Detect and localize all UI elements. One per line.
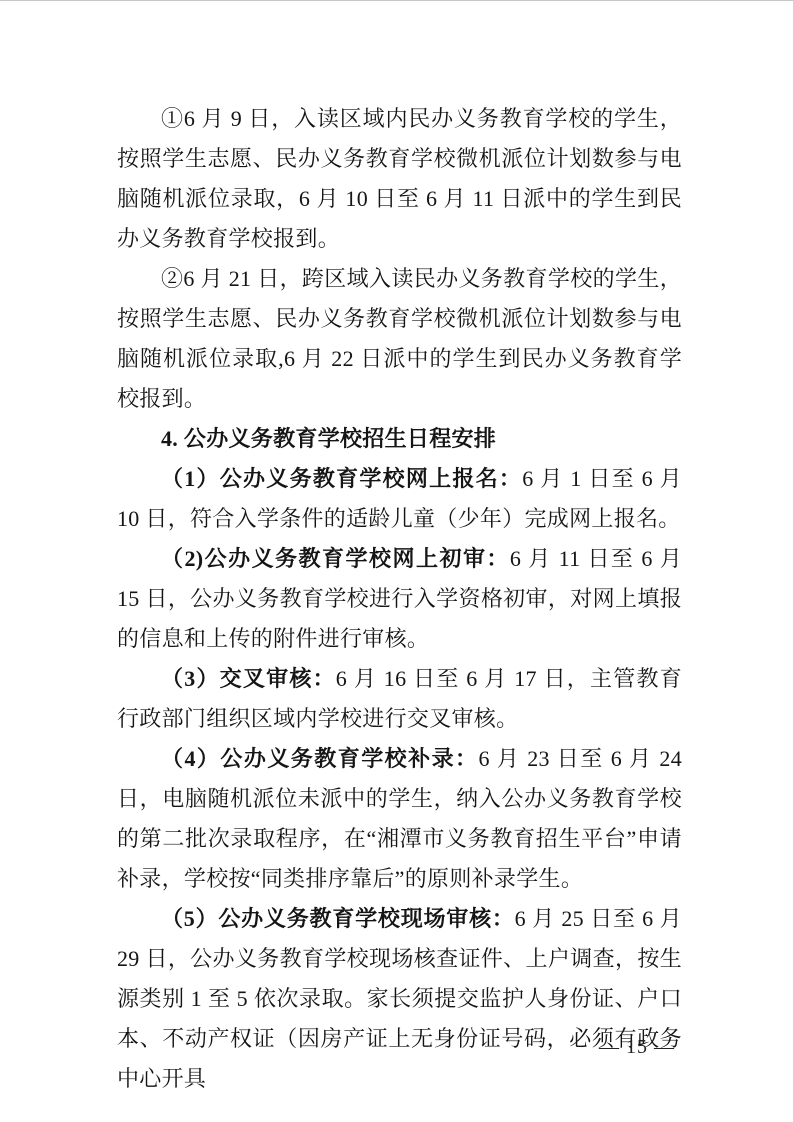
schedule-item-3-label: （3）交叉审核： (161, 666, 336, 691)
paragraph-private-school-item-1: ①6 月 9 日，入读区域内民办义务教育学校的学生，按照学生志愿、民办义务教育学… (117, 99, 682, 259)
schedule-item-1-label: （1）公办义务教育学校网上报名： (161, 466, 522, 491)
scan-artifact-line (0, 0, 793, 1)
page-number: — 15 — (599, 1035, 675, 1059)
section-heading-public-school-schedule: 4. 公办义务教育学校招生日程安排 (117, 419, 682, 459)
schedule-item-5-text: 6 月 25 日至 6 月 29 日，公办义务教育学校现场核查证件、上户调查，按… (117, 906, 682, 1091)
schedule-item-2-label: （2)公办义务教育学校网上初审： (161, 546, 510, 571)
schedule-item-2: （2)公办义务教育学校网上初审：6 月 11 日至 6 月 15 日，公办义务教… (117, 539, 682, 659)
schedule-item-5-label: （5）公办义务教育学校现场审核： (161, 906, 515, 931)
document-page: ①6 月 9 日，入读区域内民办义务教育学校的学生，按照学生志愿、民办义务教育学… (0, 0, 793, 1122)
schedule-item-4: （4）公办义务教育学校补录：6 月 23 日至 6 月 24 日，电脑随机派位未… (117, 739, 682, 899)
schedule-item-4-label: （4）公办义务教育学校补录： (161, 746, 479, 771)
schedule-item-1: （1）公办义务教育学校网上报名：6 月 1 日至 6 月 10 日，符合入学条件… (117, 459, 682, 539)
schedule-item-3: （3）交叉审核：6 月 16 日至 6 月 17 日，主管教育行政部门组织区域内… (117, 659, 682, 739)
text-block: ①6 月 9 日，入读区域内民办义务教育学校的学生，按照学生志愿、民办义务教育学… (117, 99, 682, 1099)
schedule-item-5: （5）公办义务教育学校现场审核：6 月 25 日至 6 月 29 日，公办义务教… (117, 899, 682, 1099)
paragraph-private-school-item-2: ②6 月 21 日，跨区域入读民办义务教育学校的学生，按照学生志愿、民办义务教育… (117, 259, 682, 419)
